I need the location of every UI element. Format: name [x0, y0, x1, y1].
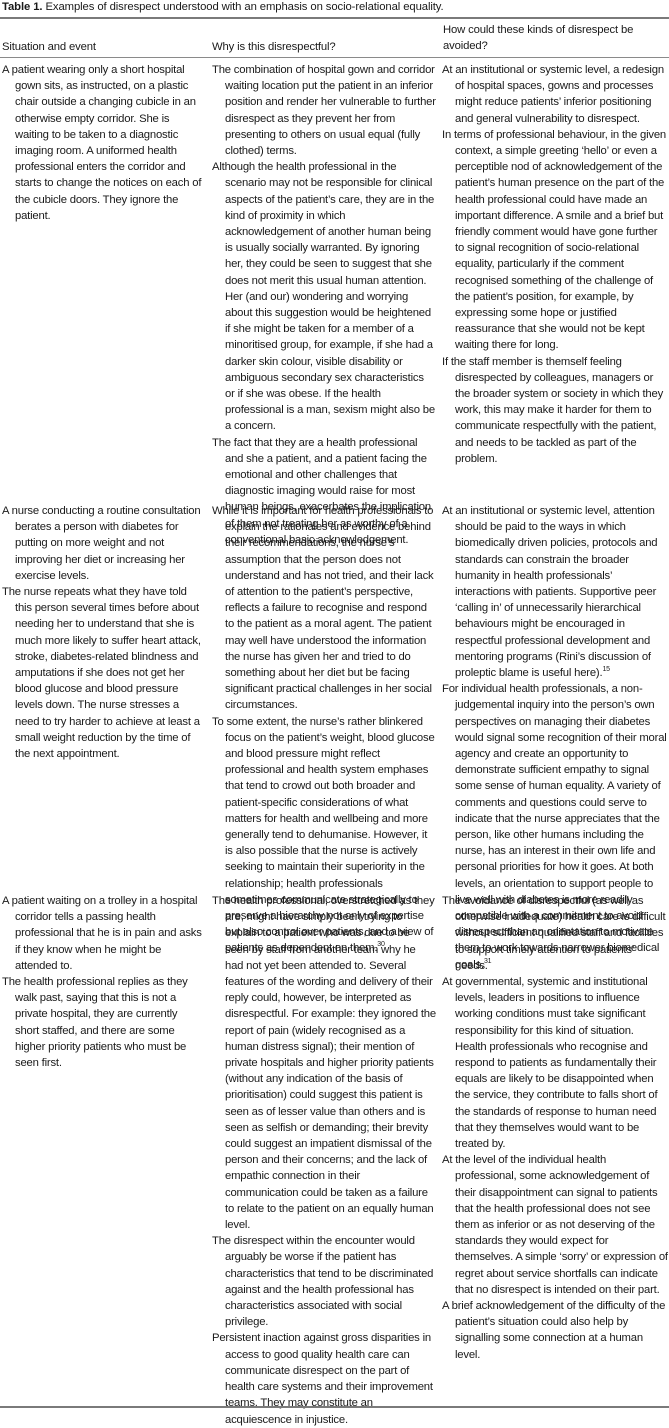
column-header-avoid: How could these kinds of disrespect be a…	[443, 22, 663, 54]
column-header-why: Why is this disrespectful?	[212, 39, 436, 55]
why-paragraph: The health professional, overstretched a…	[212, 893, 436, 1233]
why-paragraph: While it is important for health profess…	[212, 503, 436, 714]
why-paragraph: The combination of hospital gown and cor…	[212, 62, 436, 159]
avoid-paragraph: At an institutional or systemic level, a…	[442, 503, 668, 681]
why-paragraph: The disrespect within the encounter woul…	[212, 1233, 436, 1330]
avoid-paragraph: The avoidance of disrespectful (as well …	[442, 893, 668, 974]
reference-superscript: 15	[602, 666, 609, 673]
header-rule	[0, 57, 669, 58]
avoid-paragraph: In terms of professional behaviour, in t…	[442, 127, 668, 354]
cell-why: The health professional, overstretched a…	[212, 893, 436, 1408]
situation-paragraph: A patient wearing only a short hospital …	[2, 62, 202, 224]
table-caption: Table 1. Examples of disrespect understo…	[2, 0, 444, 15]
table-top-rule	[0, 17, 669, 19]
avoid-paragraph: At the level of the individual health pr…	[442, 1152, 668, 1298]
avoid-paragraph: At governmental, systemic and institutio…	[442, 974, 668, 1152]
why-paragraph: Although the health professional in the …	[212, 159, 436, 434]
cell-avoid: The avoidance of disrespectful (as well …	[442, 893, 668, 1363]
cell-situation: A patient wearing only a short hospital …	[2, 62, 202, 224]
situation-paragraph: The nurse repeats what they have told th…	[2, 584, 202, 762]
cell-avoid: At an institutional or systemic level, a…	[442, 62, 668, 467]
cell-why: The combination of hospital gown and cor…	[212, 62, 436, 548]
why-paragraph: Persistent inaction against gross dispar…	[212, 1330, 436, 1408]
avoid-paragraph: A brief acknowledgement of the difficult…	[442, 1298, 668, 1363]
cell-why: While it is important for health profess…	[212, 503, 436, 957]
column-header-situation: Situation and event	[2, 39, 202, 55]
situation-paragraph: A patient waiting on a trolley in a hosp…	[2, 893, 202, 974]
cell-situation: A patient waiting on a trolley in a hosp…	[2, 893, 202, 1071]
avoid-paragraph: If the staff member is themself feeling …	[442, 354, 668, 467]
caption-text: Examples of disrespect understood with a…	[45, 1, 443, 13]
situation-paragraph: A nurse conducting a routine consultatio…	[2, 503, 202, 584]
situation-paragraph: The health professional replies as they …	[2, 974, 202, 1071]
avoid-text: At an institutional or systemic level, a…	[442, 505, 657, 679]
cell-situation: A nurse conducting a routine consultatio…	[2, 503, 202, 762]
caption-label: Table 1.	[2, 1, 42, 13]
avoid-paragraph: At an institutional or systemic level, a…	[442, 62, 668, 127]
